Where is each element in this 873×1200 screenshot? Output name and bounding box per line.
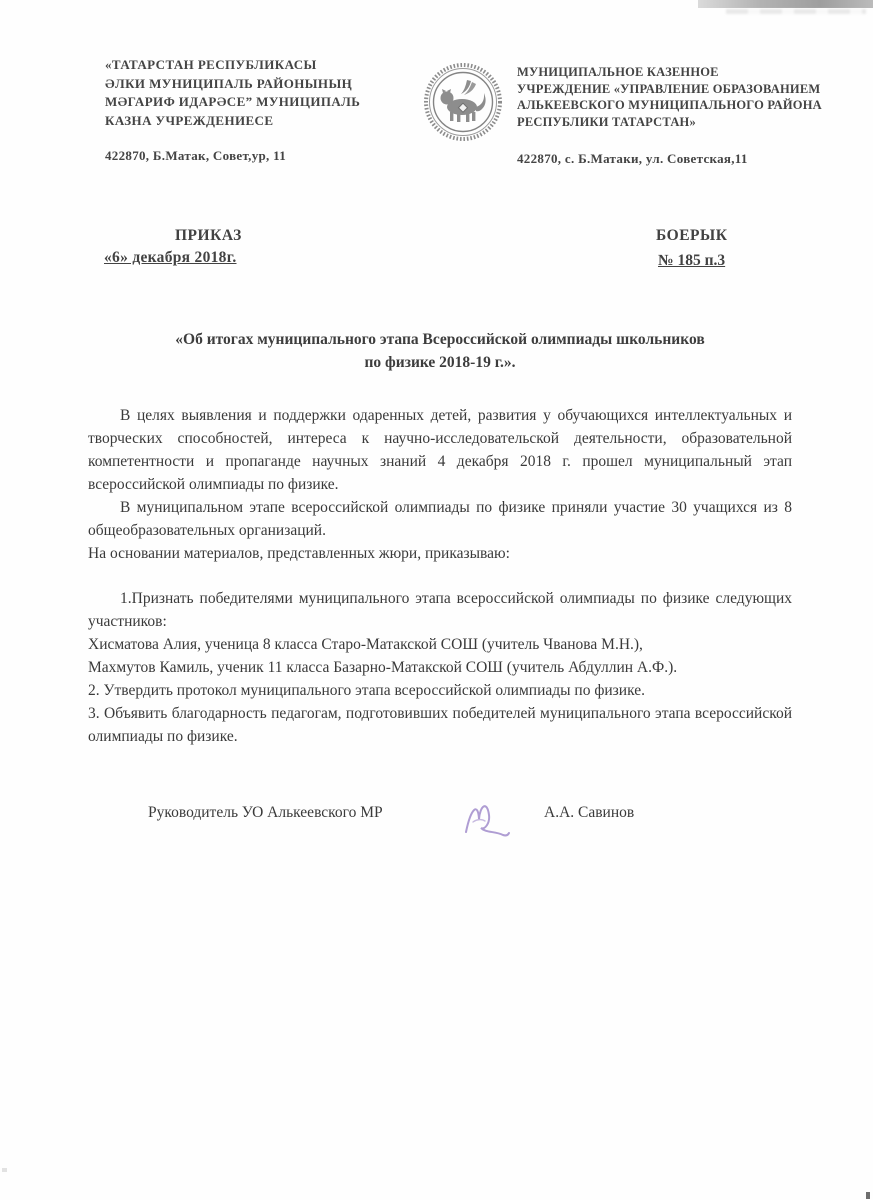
order-item-2: 2. Утвердить протокол муниципального эта…	[88, 679, 792, 702]
order-date: «6» декабря 2018г.	[104, 249, 237, 267]
scan-artifact-top-2	[726, 9, 866, 14]
winner-line-2: Махмутов Камиль, ученик 11 класса Базарн…	[88, 656, 792, 679]
order-word-prikaz: ПРИКАЗ	[175, 227, 242, 245]
order-body: В целях выявления и поддержки одаренных …	[88, 404, 792, 748]
paragraph-basis: На основании материалов, представленных …	[88, 542, 792, 565]
letterhead-tatar-org-name: «ТАТАРСТАН РЕСПУБЛИКАСЫ ӘЛКИ МУНИЦИПАЛЬ …	[105, 56, 415, 130]
org-right-line: МУНИЦИПАЛЬНОЕ КАЗЕННОЕ	[517, 64, 847, 81]
winner-line-1: Хисматова Алия, ученица 8 класса Старо-М…	[88, 633, 792, 656]
org-left-line: МӘГАРИФ ИДАРӘСЕ” МУНИЦИПАЛЬ	[105, 93, 415, 112]
order-item-3: 3. Объявить благодарность педагогам, под…	[88, 702, 792, 748]
address-tatar: 422870, Б.Матак, Совет,ур, 11	[105, 148, 286, 164]
order-item-1: 1.Признать победителями муниципального э…	[88, 587, 792, 633]
org-left-line: «ТАТАРСТАН РЕСПУБЛИКАСЫ	[105, 56, 415, 75]
scan-artifact-bottom-left	[2, 1168, 7, 1172]
signer-name: А.А. Савинов	[544, 804, 634, 822]
signer-position: Руководитель УО Алькеевского МР	[148, 804, 383, 822]
tatarstan-coat-of-arms-icon	[423, 60, 503, 144]
paragraph-purpose: В целях выявления и поддержки одаренных …	[88, 404, 792, 496]
order-subject-line2: по физике 2018-19 г.».	[88, 351, 792, 374]
address-russian: 422870, с. Б.Матаки, ул. Советская,11	[517, 151, 748, 167]
spacer	[88, 565, 792, 587]
org-left-line: ӘЛКИ МУНИЦИПАЛЬ РАЙОНЫНЫҢ	[105, 75, 415, 94]
paragraph-participation: В муниципальном этапе всероссийской олим…	[88, 496, 792, 542]
scan-artifact-top	[698, 0, 873, 8]
org-right-line: РЕСПУБЛИКИ ТАТАРСТАН»	[517, 114, 847, 131]
scan-artifact-bottom-right	[866, 1192, 870, 1199]
handwritten-signature-icon	[448, 792, 528, 847]
org-right-line: УЧРЕЖДЕНИЕ «УПРАВЛЕНИЕ ОБРАЗОВАНИЕМ	[517, 81, 847, 98]
order-subject-line1: «Об итогах муниципального этапа Всеросси…	[88, 328, 792, 351]
org-right-line: АЛЬКЕЕВСКОГО МУНИЦИПАЛЬНОГО РАЙОНА	[517, 97, 847, 114]
scanned-order-document: «ТАТАРСТАН РЕСПУБЛИКАСЫ ӘЛКИ МУНИЦИПАЛЬ …	[0, 0, 873, 1200]
signature-block: Руководитель УО Алькеевского МР А.А. Сав…	[148, 800, 768, 850]
order-word-boeryk: БОЕРЫК	[656, 227, 727, 245]
order-subject: «Об итогах муниципального этапа Всеросси…	[88, 328, 792, 374]
letterhead-russian-org-name: МУНИЦИПАЛЬНОЕ КАЗЕННОЕ УЧРЕЖДЕНИЕ «УПРАВ…	[517, 64, 847, 130]
signature-stroke	[466, 806, 509, 835]
org-left-line: КАЗНА УЧРЕЖДЕНИЕСЕ	[105, 112, 415, 131]
order-number: № 185 п.3	[658, 252, 725, 270]
signature-stroke-2	[473, 820, 485, 822]
